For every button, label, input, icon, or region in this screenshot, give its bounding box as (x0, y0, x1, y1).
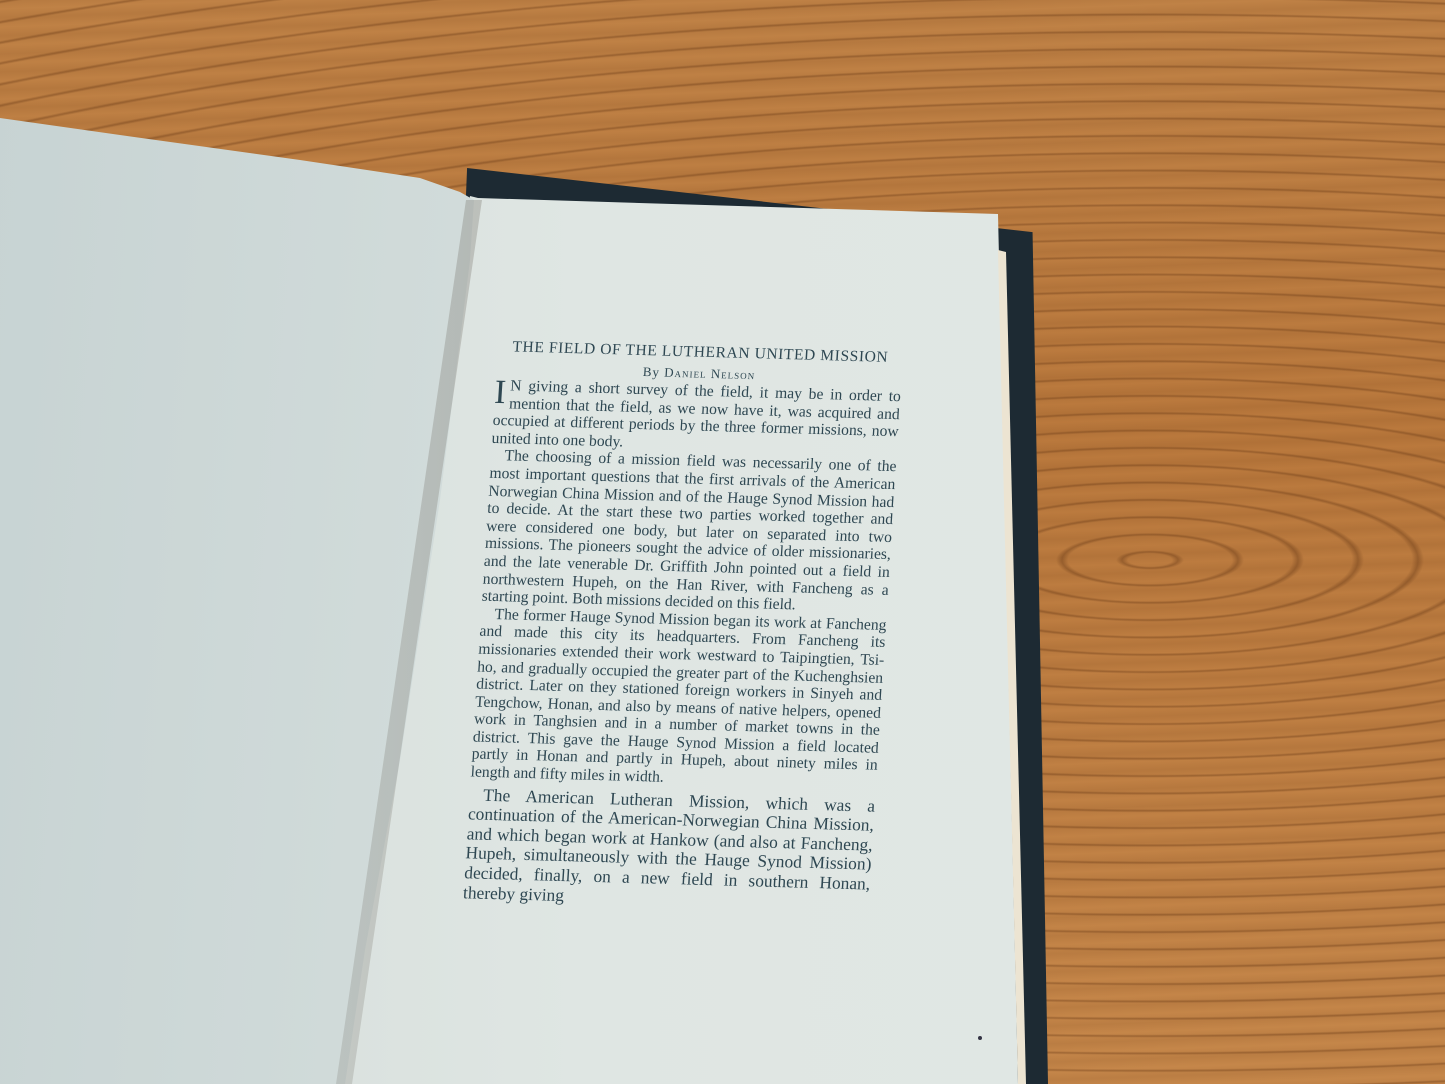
article-text: THE FIELD OF THE LUTHERAN UNITED MISSION… (462, 338, 903, 914)
author-name: Daniel Nelson (664, 365, 756, 383)
byline-prefix: By (642, 364, 660, 379)
paragraph: The choosing of a mission field was nece… (481, 447, 897, 616)
paragraph: IN giving a short survey of the field, i… (491, 377, 901, 459)
drop-cap: I (494, 379, 507, 407)
ink-speck (978, 1036, 982, 1040)
paragraph: The former Hauge Synod Mission began its… (470, 605, 887, 792)
paragraph: The American Lutheran Mission, which was… (462, 785, 875, 914)
